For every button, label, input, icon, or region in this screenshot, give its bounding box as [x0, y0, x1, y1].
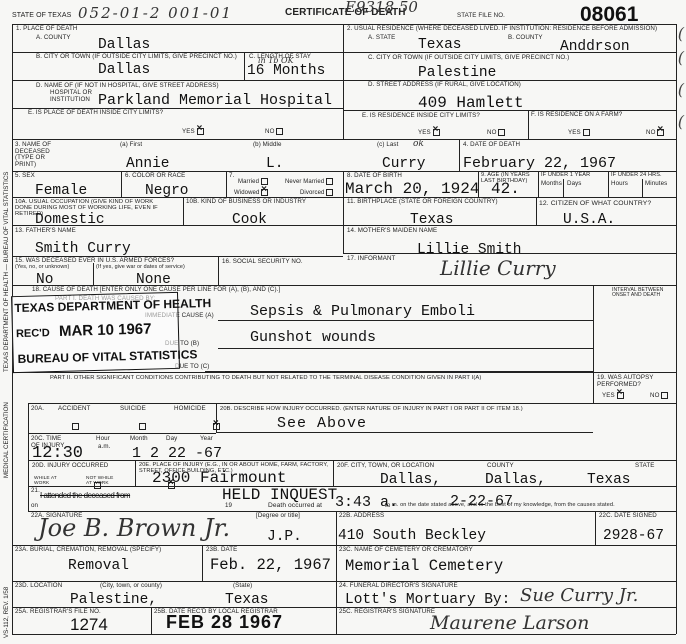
- state-file-label: STATE FILE NO.: [457, 13, 505, 20]
- due-to-b: Gunshot wounds: [250, 330, 376, 345]
- margin-mark: (: [678, 24, 684, 43]
- received-stamp: TEXAS DEPARTMENT OF HEALTH REC'D MAR 10 …: [11, 292, 180, 373]
- certification-number: 21.: [31, 488, 40, 495]
- hours-label: Hours: [611, 181, 628, 188]
- checkbox-unchecked[interactable]: [498, 129, 505, 136]
- death-time: 3:43 a.: [335, 495, 398, 510]
- place-of-injury: 2300 Fairmount: [152, 470, 286, 486]
- first-name: Annie: [126, 157, 170, 172]
- marital-widowed[interactable]: Widowed: [234, 189, 268, 196]
- immediate-cause: Sepsis & Pulmonary Emboli: [250, 304, 475, 319]
- checkbox-unchecked[interactable]: [276, 128, 283, 135]
- registrar-file-no: 1274: [70, 616, 108, 633]
- checkbox-checked[interactable]: [617, 392, 624, 399]
- first-name-label: (a) First: [120, 142, 142, 149]
- location-sub1: (City, town, or county): [100, 583, 162, 590]
- res-street: 409 Hamlett: [418, 95, 524, 111]
- months-label: Months: [541, 181, 562, 188]
- middle-name-label: (b) Middle: [253, 142, 282, 149]
- checkbox-unchecked[interactable]: [661, 392, 668, 399]
- suicide-label: SUICIDE: [120, 406, 146, 413]
- accident-checkbox[interactable]: [72, 423, 79, 430]
- farm-no[interactable]: NO: [646, 129, 664, 137]
- bureau-side-label: TEXAS DEPARTMENT OF HEALTH — BUREAU OF V…: [3, 172, 10, 372]
- injury-date: 1 2 22 -67: [132, 446, 222, 461]
- suicide-checkbox[interactable]: [139, 423, 146, 430]
- burial-location-state: Texas: [225, 593, 269, 608]
- under-24-hrs-label: IF UNDER 24 HRS.: [611, 173, 662, 179]
- place-of-death-label: 1. PLACE OF DEATH: [16, 26, 77, 33]
- last-name-label: (c) Last: [377, 142, 398, 149]
- describe-label: 20b. DESCRIBE HOW INJURY OCCURRED. (Ente…: [220, 406, 523, 412]
- injury-occurred-label: 20d. INJURY OCCURRED: [32, 463, 108, 470]
- not-at-work-label: NOT WHILE AT WORK: [86, 476, 120, 486]
- registrar-signature: Maurene Larson: [430, 612, 589, 634]
- stamp-date: MAR 10 1967: [59, 321, 152, 340]
- funeral-director-signature: Sue Curry Jr.: [520, 585, 638, 606]
- res-state-label: a. STATE: [368, 35, 395, 42]
- registrar-date: FEB 28 1967: [166, 612, 283, 633]
- mother-label: 14. MOTHER'S MAIDEN NAME: [347, 228, 437, 235]
- year-label: Year: [200, 436, 213, 443]
- margin-mark: (: [678, 48, 684, 67]
- cemetery-label: 23c. NAME OF CEMETERY OR CREMATORY: [339, 547, 473, 554]
- date-of-death-label: 4. DATE OF DEATH: [463, 142, 520, 149]
- held-inquest: HELD INQUEST: [222, 487, 337, 503]
- marital-label: 7.: [229, 173, 234, 180]
- injury-county-label: COUNTY: [487, 463, 514, 470]
- street-label: d. STREET ADDRESS (If rural, give locati…: [368, 82, 521, 89]
- state-label: STATE OF TEXAS: [12, 12, 71, 19]
- stamp-line3: BUREAU OF VITAL STATISTICS: [17, 347, 197, 366]
- checkbox-checked[interactable]: [433, 129, 440, 136]
- res-inside-no[interactable]: NO: [487, 129, 505, 137]
- birthplace-label: 11. BIRTHPLACE (State or foreign country…: [347, 199, 498, 206]
- stamp-rec-label: REC'D: [16, 327, 50, 340]
- injury-description: See Above: [277, 416, 367, 431]
- hospital-label-3: INSTITUTION: [50, 97, 90, 104]
- res-city-label: c. CITY OR TOWN (If outside city limits,…: [368, 55, 569, 62]
- handwritten-top-number: E9318 50: [345, 0, 418, 16]
- armed-sub1: (Yes, no, or unknown): [15, 265, 69, 271]
- death-city: Dallas: [98, 63, 150, 78]
- day-label: Day: [166, 436, 177, 443]
- death-occurred-label: Death occurred at: [268, 503, 322, 510]
- inside-city-label: e. IS PLACE OF DEATH INSIDE CITY LIMITS?: [28, 110, 163, 117]
- form-number: VS-112, REV. 1/58: [3, 587, 10, 638]
- autopsy-no[interactable]: NO: [650, 392, 668, 400]
- last-name: Curry: [382, 157, 426, 172]
- nineteen-label: 19: [225, 503, 232, 510]
- while-at-work-label: WHILE AT WORK: [34, 476, 58, 486]
- death-certificate: STATE OF TEXAS 052-01-2 001-01 CERTIFICA…: [0, 0, 686, 644]
- checkbox-checked[interactable]: [197, 128, 204, 135]
- injury-ampm: a.m.: [98, 444, 110, 451]
- ok-mark: ok: [413, 139, 424, 149]
- inside-city-no[interactable]: NO: [265, 128, 283, 136]
- address-label: 22b. ADDRESS: [339, 513, 384, 520]
- hospital-name: Parkland Memorial Hospital: [98, 93, 332, 108]
- under-1-year-label: IF UNDER 1 YEAR: [541, 173, 590, 179]
- autopsy-yes[interactable]: YES: [602, 392, 624, 400]
- name-label: 3. NAME OF DECEASED (Type or print): [15, 142, 65, 168]
- funeral-director: Lott's Mortuary By:: [345, 593, 510, 608]
- degree-label: [Degree or title]: [256, 513, 300, 520]
- city-label: b. CITY OR TOWN (If outside city limits,…: [36, 54, 237, 61]
- date-of-birth: March 20, 1924: [345, 181, 479, 197]
- due-to-c-label: DUE TO (c): [175, 364, 209, 371]
- registrar-signature-label: 25c. REGISTRAR'S SIGNATURE: [339, 609, 435, 616]
- burial-location: Palestine,: [70, 593, 157, 608]
- armed-sub2: (If yes, give war or dates of service): [96, 265, 185, 271]
- residence-label: 2. USUAL RESIDENCE (Where deceased lived…: [347, 26, 657, 33]
- informant-signature: Lillie Curry: [440, 256, 556, 280]
- struck-text: I attended the deceased from: [40, 491, 130, 500]
- certifier-signature: Joe B. Brown Jr.: [38, 514, 230, 542]
- sex-label: 5. SEX: [15, 173, 35, 180]
- dob-label: 8. DATE OF BIRTH: [347, 173, 402, 180]
- accident-label: ACCIDENT: [58, 406, 90, 413]
- interval-label: INTERVAL BETWEEN ONSET AND DEATH: [612, 288, 667, 299]
- citizen-label: 12. CITIZEN OF WHAT COUNTRY?: [539, 200, 651, 207]
- handwritten-cert-number: 052-01-2 001-01: [78, 4, 233, 22]
- res-county-label: b. COUNTY: [508, 35, 543, 42]
- on-label: on: [31, 503, 38, 510]
- death-county: Dallas: [98, 38, 150, 53]
- degree: J.P.: [267, 530, 302, 545]
- business-label: 10b. KIND OF BUSINESS OR INDUSTRY: [186, 199, 306, 206]
- length-of-stay: 16 Months: [247, 64, 325, 79]
- margin-mark: (: [678, 112, 684, 131]
- farm-label: f. IS RESIDENCE ON A FARM?: [531, 112, 622, 119]
- medical-side-label: MEDICAL CERTIFICATION: [3, 402, 10, 478]
- days-label: Days: [567, 181, 582, 188]
- inside-city-yes[interactable]: YES: [182, 128, 204, 136]
- part2-label: PART II. OTHER SIGNIFICANT CONDITIONS CO…: [50, 375, 481, 381]
- injury-location-label: 20f. CITY, TOWN, OR LOCATION: [337, 463, 434, 470]
- hour-label: Hour: [96, 436, 110, 443]
- father-label: 13. FATHER'S NAME: [15, 228, 76, 235]
- date-signed-label: 22c. DATE SIGNED: [599, 513, 657, 520]
- father-name: Smith Curry: [35, 242, 131, 257]
- date-signed: 2928-67: [603, 529, 664, 544]
- marital-divorced[interactable]: Divorced: [300, 189, 333, 196]
- res-inside-city-label: e. IS RESIDENCE INSIDE CITY LIMITS?: [362, 113, 480, 120]
- injury-type-label: 20a.: [31, 406, 44, 413]
- burial-date-label: 23b. DATE: [206, 547, 237, 554]
- checkbox-checked[interactable]: [657, 129, 664, 136]
- age: 42.: [491, 181, 520, 197]
- month-label: Month: [130, 436, 148, 443]
- funeral-director-label: 24. FUNERAL DIRECTOR'S SIGNATURE: [339, 583, 458, 590]
- minutes-label: Minutes: [645, 181, 667, 188]
- marital-never-married[interactable]: Never Married: [285, 178, 333, 185]
- disposition: Removal: [68, 559, 129, 574]
- burial-location-label: 23d. LOCATION: [15, 583, 62, 590]
- informant-label: 17. INFORMANT: [347, 256, 395, 263]
- homicide-label: HOMICIDE: [174, 406, 206, 413]
- date-of-death: February 22, 1967: [463, 156, 616, 171]
- burial-date: Feb. 22, 1967: [210, 558, 331, 574]
- checkbox-unchecked[interactable]: [583, 129, 590, 136]
- res-inside-yes[interactable]: YES: [418, 129, 440, 137]
- farm-yes[interactable]: YES: [568, 129, 590, 137]
- cemetery: Memorial Cemetery: [345, 559, 503, 575]
- certifier-address: 410 South Beckley: [338, 529, 486, 544]
- race-label: 6. COLOR OR RACE: [125, 173, 185, 180]
- location-sub2: (State): [233, 583, 252, 590]
- middle-name: L.: [266, 157, 283, 172]
- disposition-label: 23a. BURIAL, CREMATION, REMOVAL (Specify…: [15, 547, 161, 554]
- margin-mark: (: [678, 80, 684, 99]
- res-city: Palestine: [418, 66, 496, 81]
- county-label: a. COUNTY: [36, 35, 71, 42]
- ssn-label: 16. SOCIAL SECURITY NO.: [222, 259, 303, 266]
- autopsy-label: 19. WAS AUTOPSY PERFORMED?: [597, 375, 675, 388]
- res-state: Texas: [418, 38, 462, 53]
- death-statement: m. on the date stated above, and to the …: [392, 503, 615, 509]
- injury-state-label: STATE: [635, 463, 655, 470]
